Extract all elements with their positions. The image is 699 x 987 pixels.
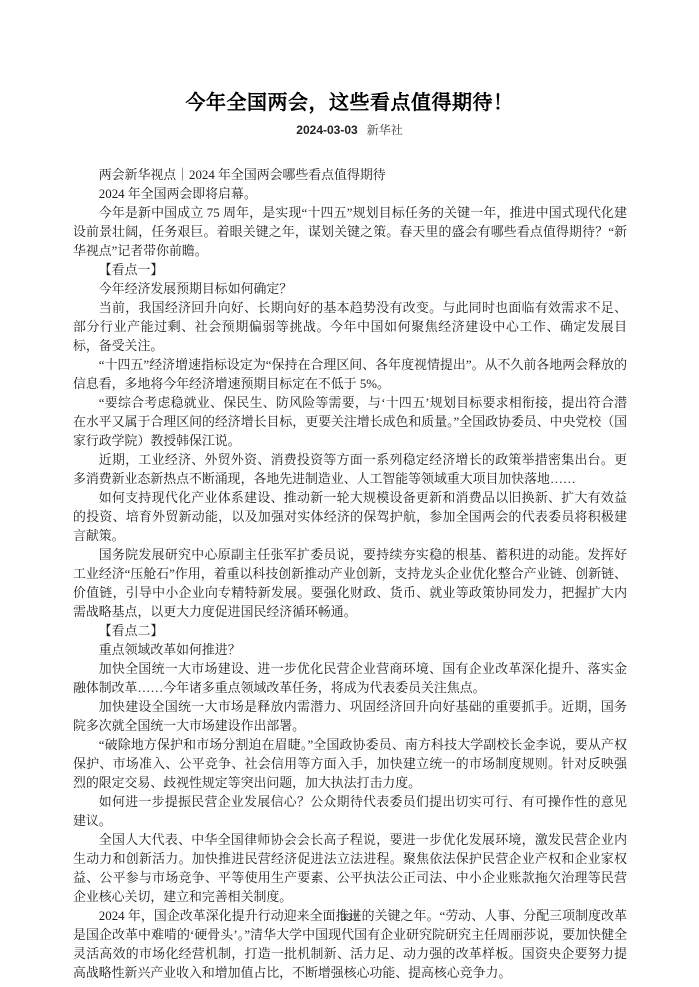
- article-source: 新华社: [367, 123, 403, 137]
- document-page: 今年全国两会，这些看点值得期待！ 2024-03-03新华社 两会新华视点｜20…: [0, 0, 699, 987]
- paragraph: 加快建设全国统一大市场是释放内需潜力、巩固经济回升向好基础的重要抓手。近期，国务…: [73, 698, 627, 736]
- article-title: 今年全国两会，这些看点值得期待！: [0, 0, 699, 116]
- paragraph: 国务院发展研究中心原副主任张军扩委员说，要持续夯实稳的根基、蓄积进的动能。发挥好…: [73, 546, 627, 622]
- paragraph: 2024 年全国两会即将启幕。: [73, 185, 627, 204]
- paragraph: “要综合考虑稳就业、保民生、防风险等需要，与‘十四五’规划目标要求相衔接，提出符…: [73, 394, 627, 451]
- section-marker-1: 【看点一】: [73, 261, 627, 280]
- paragraph: 加快全国统一大市场建设、进一步优化民营企业营商环境、国有企业改革深化提升、落实金…: [73, 660, 627, 698]
- paragraph: “破除地方保护和市场分割迫在眉睫。”全国政协委员、南方科技大学副校长金李说，要从…: [73, 736, 627, 793]
- paragraph-lede: 两会新华视点｜2024 年全国两会哪些看点值得期待: [73, 166, 627, 185]
- section-marker-2: 【看点二】: [73, 622, 627, 641]
- paragraph: 当前，我国经济回升向好、长期向好的基本趋势没有改变。与此同时也面临有效需求不足、…: [73, 299, 627, 356]
- page-number: 337: [0, 912, 699, 924]
- article-meta: 2024-03-03新华社: [0, 122, 699, 139]
- paragraph: 今年是新中国成立 75 周年，是实现“十四五”规划目标任务的关键一年，推进中国式…: [73, 204, 627, 261]
- article-body: 两会新华视点｜2024 年全国两会哪些看点值得期待 2024 年全国两会即将启幕…: [73, 166, 627, 983]
- section-question: 今年经济发展预期目标如何确定？: [73, 280, 627, 299]
- paragraph: 如何进一步提振民营企业发展信心？公众期待代表委员们提出切实可行、有可操作性的意见…: [73, 793, 627, 831]
- paragraph: 全国人大代表、中华全国律师协会会长高子程说，要进一步优化发展环境，激发民营企业内…: [73, 831, 627, 907]
- paragraph: 如何支持现代化产业体系建设、推动新一轮大规模设备更新和消费品以旧换新、扩大有效益…: [73, 489, 627, 546]
- paragraph: 近期，工业经济、外贸外资、消费投资等方面一系列稳定经济增长的政策举措密集出台。更…: [73, 451, 627, 489]
- section-question: 重点领域改革如何推进？: [73, 641, 627, 660]
- paragraph: “十四五”经济增速指标设定为“保持在合理区间、各年度视情提出”。从不久前各地两会…: [73, 356, 627, 394]
- article-date: 2024-03-03: [296, 123, 357, 137]
